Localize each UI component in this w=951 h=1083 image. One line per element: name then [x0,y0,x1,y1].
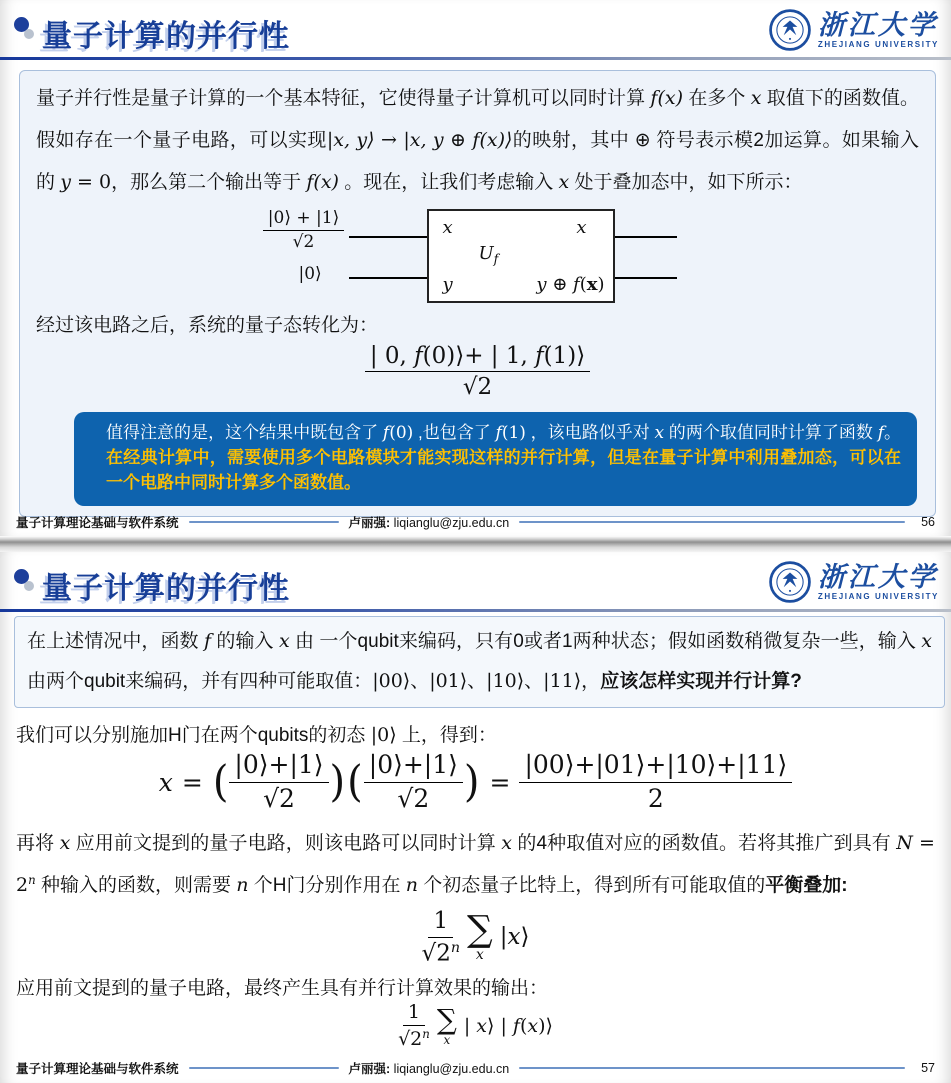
circuit-wire [349,236,427,238]
summation-symbol: ∑ x [437,1007,457,1047]
left-paren: ( [347,760,363,803]
zju-logo: 浙江大学 ZHEJIANG UNIVERSITY [769,561,939,603]
footer-separator-line [189,521,339,523]
content-panel: 量子并行性是量子计算的一个基本特征，它使得量子计算机可以同时计算 f(x) 在多… [19,70,936,517]
header-rule [0,609,951,612]
slide-footer: 量子计算理论基础与软件系统 卢丽强: liqianglu@zju.edu.cn … [0,1059,951,1077]
footer-author: 卢丽强: liqianglu@zju.edu.cn [349,513,510,531]
balanced-superposition-formula: 1 √2n ∑ x |x⟩ [0,908,951,966]
right-paren: ) [464,760,480,803]
slide-57: 量子计算的并行性 浙江大学 ZHEJIANG UNIVERSITY 在上述情况中… [0,552,951,1083]
title-bullet-icon [12,15,38,45]
page-title: 量子计算的并行性 [42,563,290,607]
logo-en-text: ZHEJIANG UNIVERSITY [818,593,939,601]
gate-name-label: Uf [479,243,499,267]
footer-author: 卢丽强: liqianglu@zju.edu.cn [349,1059,510,1077]
output-state-formula: | 0, f(0)⟩+ | 1, f(1)⟩ √2 [36,343,919,401]
slide-footer: 量子计算理论基础与软件系统 卢丽强: liqianglu@zju.edu.cn … [0,513,951,531]
gate-input-y-label: y [443,274,453,295]
logo-en-text: ZHEJIANG UNIVERSITY [818,41,939,49]
circuit-input-superposition: |0⟩ + |1⟩ √2 [263,209,345,253]
uf-gate-box: x x Uf y y ⊕ f(x) [427,209,615,303]
university-seal-icon [769,9,811,51]
formula-denominator: √2 [463,372,492,400]
circuit-input-zero: |0⟩ [299,264,322,284]
slide-header: 量子计算的并行性 浙江大学 ZHEJIANG UNIVERSITY [0,0,951,58]
logo-cn-text: 浙江大学 [818,564,939,591]
page-title: 量子计算的并行性 [42,11,290,55]
circuit-wire [615,236,677,238]
note-box: 值得注意的是，这个结果中既包含了 f(0) ,也包含了 f(1) ，该电路似乎对… [74,412,917,506]
state-transform-text: 经过该电路之后，系统的量子态转化为： [36,310,919,337]
footer-separator-line [189,1067,339,1069]
gate-output-x-label: x [576,217,586,238]
parallel-output-formula: 1 √2n ∑ x | x⟩ | f(x)⟩ [0,1002,951,1052]
hadamard-paragraph: 我们可以分别施加H门在两个qubits的初态 |0⟩ 上，得到： [16,720,935,747]
circuit-wire [349,277,427,279]
ket-x-fx: | x⟩ | f(x)⟩ [464,1015,553,1037]
header-rule [0,57,951,60]
gate-input-x-label: x [443,217,453,238]
logo-text: 浙江大学 ZHEJIANG UNIVERSITY [818,564,939,601]
right-paren: ) [330,760,346,803]
formula-numerator: | 0, f(0)⟩+ | 1, f(1)⟩ [365,343,590,372]
footer-course: 量子计算理论基础与软件系统 [16,1059,179,1077]
logo-text: 浙江大学 ZHEJIANG UNIVERSITY [818,12,939,49]
logo-cn-text: 浙江大学 [818,12,939,39]
left-paren: ( [213,760,229,803]
parallel-output-paragraph: 应用前文提到的量子电路，最终产生具有并行计算效果的输出： [16,973,935,1000]
generalization-paragraph: 再将 x 应用前文提到的量子电路，则该电路可以同时计算 x 的4种取值对应的函数… [16,823,935,906]
intro-paragraph: 量子并行性是量子计算的一个基本特征，它使得量子计算机可以同时计算 f(x) 在多… [36,78,919,204]
footer-page-number: 56 [915,515,935,529]
footer-page-number: 57 [915,1061,935,1075]
ket-x: |x⟩ [500,924,530,950]
university-seal-icon [769,561,811,603]
zju-logo: 浙江大学 ZHEJIANG UNIVERSITY [769,9,939,51]
superposition-formula: x = ( |0⟩+|1⟩ √2 ) ( |0⟩+|1⟩ √2 ) = |00⟩… [0,751,951,814]
question-panel: 在上述情况中，函数 f 的输入 x 由 一个qubit来编码，只有0或者1两种状… [14,616,945,708]
title-bullet-icon [12,567,38,597]
encoding-paragraph: 在上述情况中，函数 f 的输入 x 由 一个qubit来编码，只有0或者1两种状… [27,622,932,702]
footer-separator-line [519,521,905,523]
footer-course: 量子计算理论基础与软件系统 [16,513,179,531]
slide-header: 量子计算的并行性 浙江大学 ZHEJIANG UNIVERSITY [0,552,951,610]
slide-56: 量子计算的并行性 浙江大学 ZHEJIANG UNIVERSITY 量子并行性是… [0,0,951,536]
summation-symbol: ∑ x [467,913,493,962]
page-separator [0,536,951,552]
footer-separator-line [519,1067,905,1069]
gate-output-y-label: y ⊕ f(x) [536,274,604,295]
circuit-wire [615,277,677,279]
quantum-circuit-diagram: |0⟩ + |1⟩ √2 |0⟩ x x Uf y y ⊕ f(x) [263,206,693,306]
